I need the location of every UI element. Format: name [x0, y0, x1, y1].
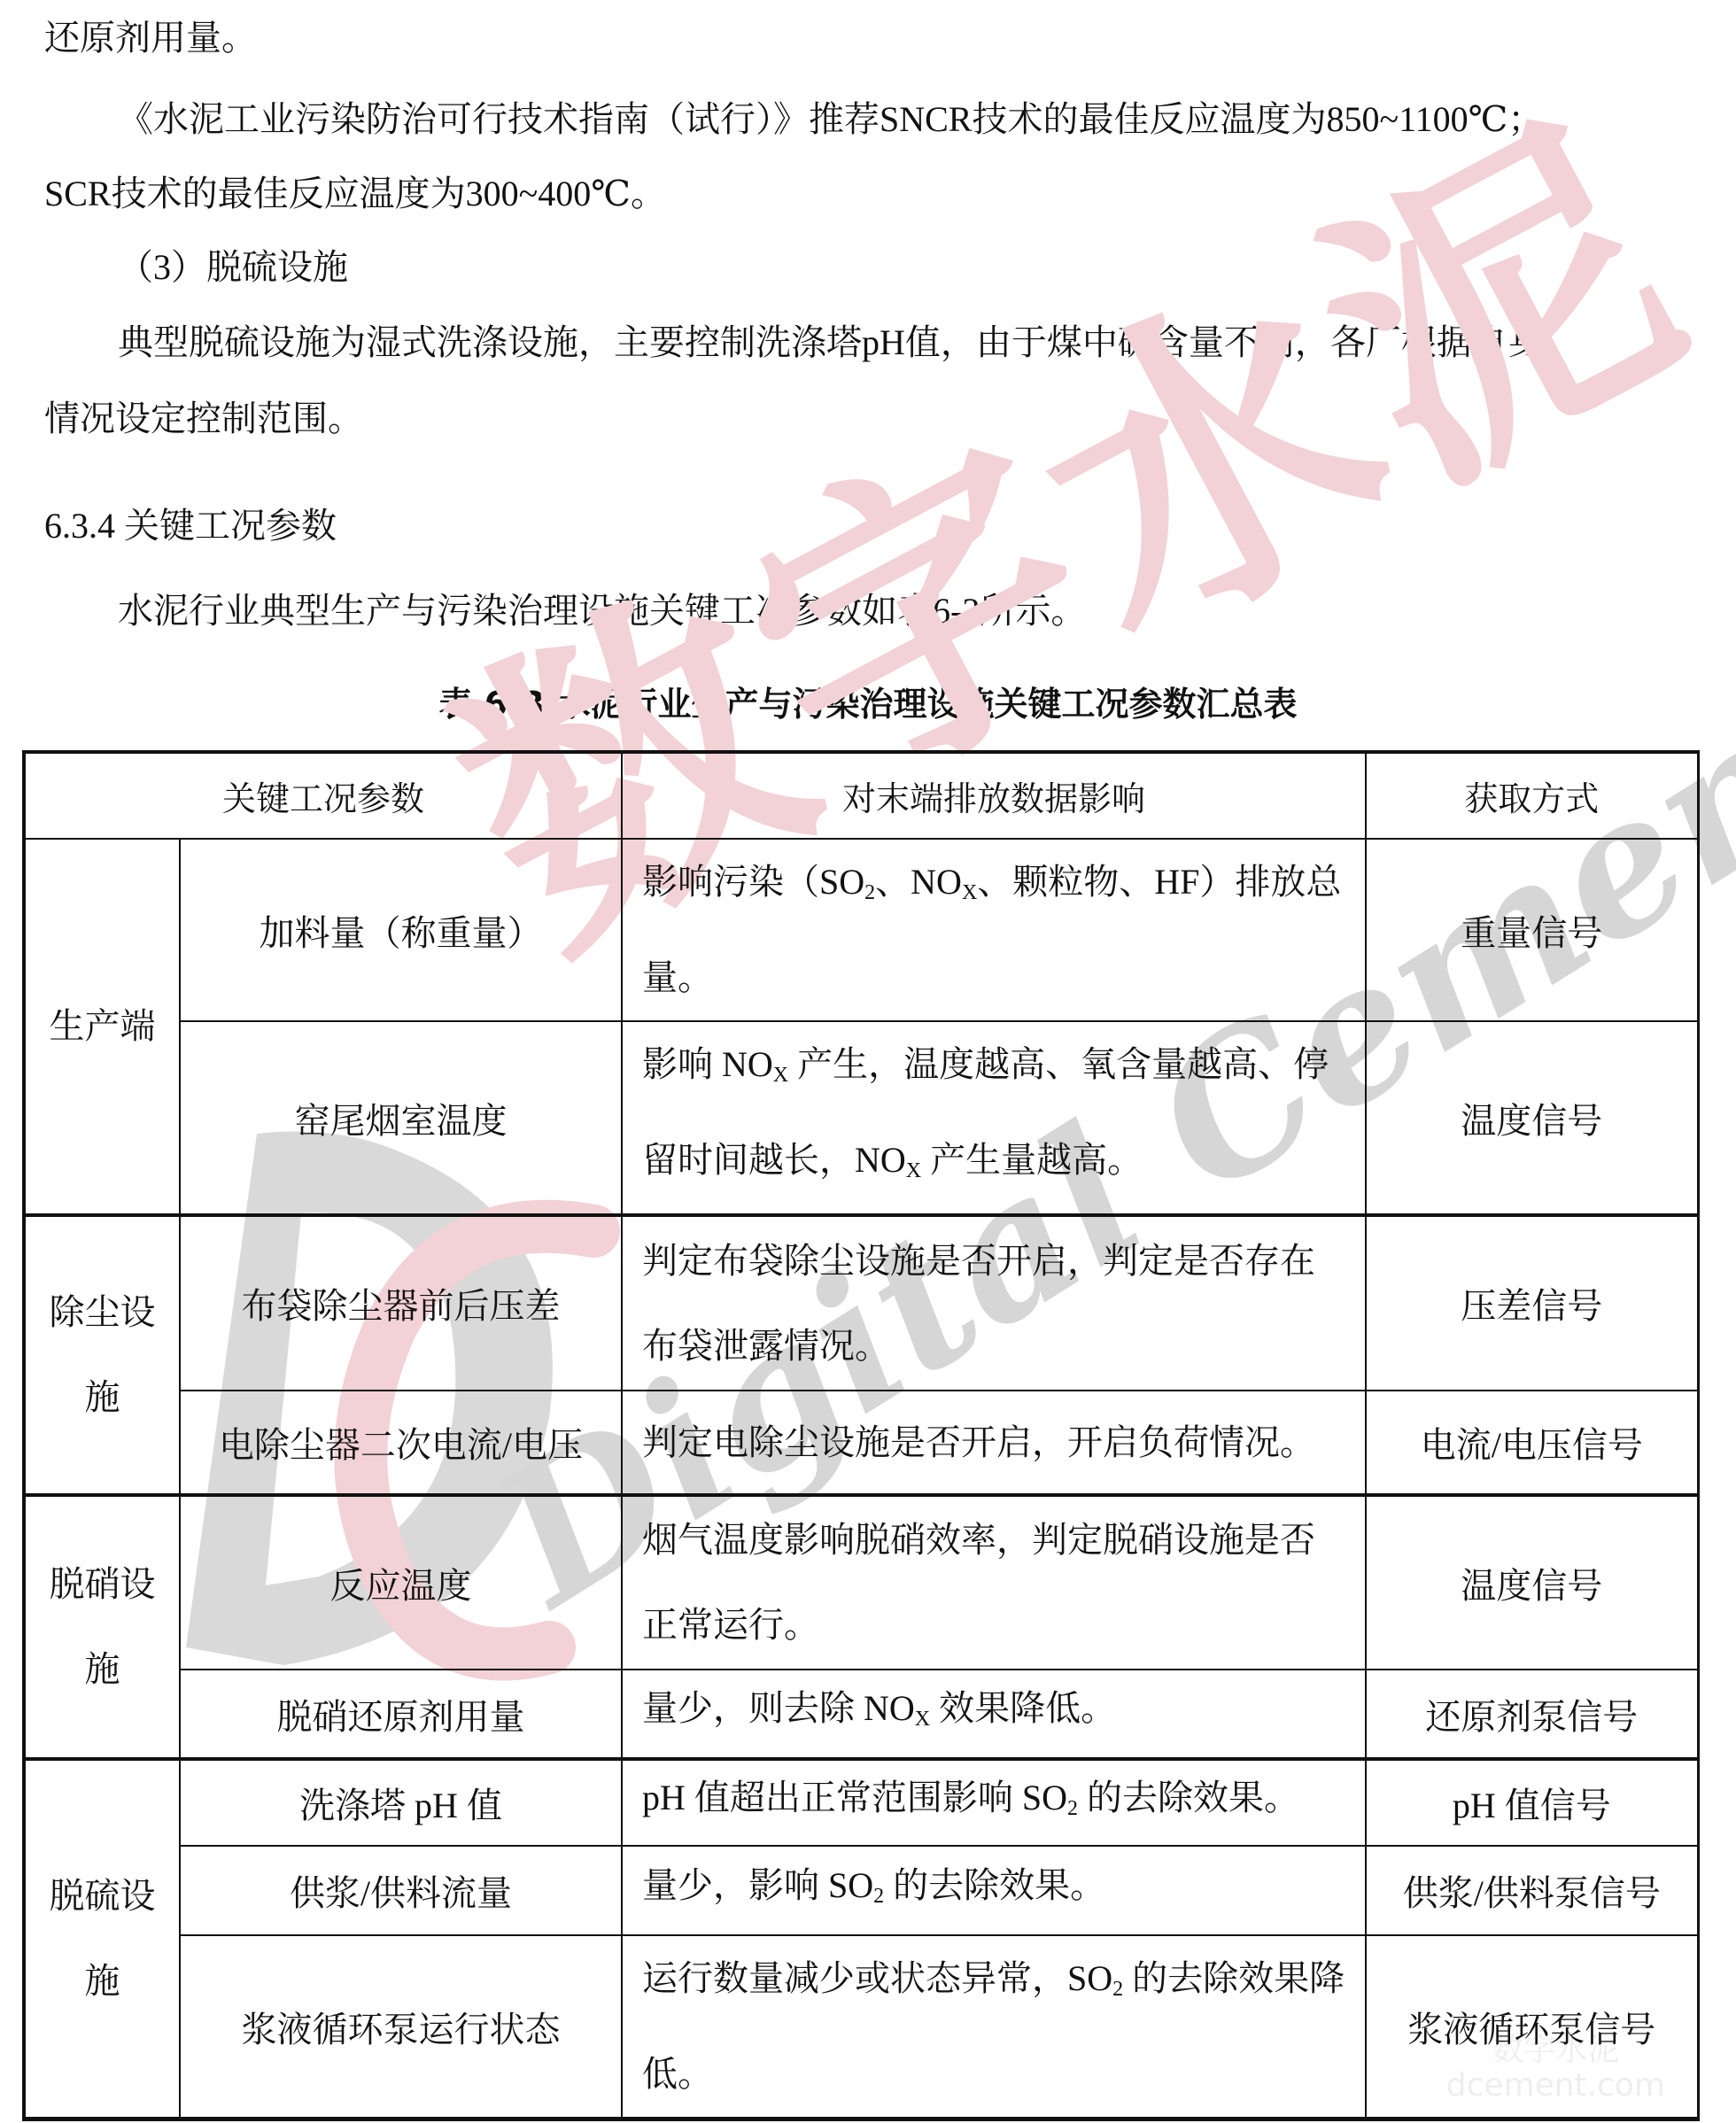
param-cell: 洗涤塔 pH 值 [180, 1759, 622, 1846]
impact-cell: 量少，影响 SO2 的去除效果。 [622, 1846, 1366, 1935]
table-row: 生产端 加料量（称重量） 影响污染（SO2、NOX、颗粒物、HF）排放总量。 重… [24, 839, 1698, 1021]
param-cell: 脱硝还原剂用量 [180, 1670, 622, 1759]
param-cell: 供浆/供料流量 [180, 1846, 622, 1935]
table-row: 浆液循环泵运行状态 运行数量减少或状态异常，SO2 的去除效果降低。 浆液循环泵… [24, 1935, 1698, 2119]
method-cell: 压差信号 [1366, 1215, 1698, 1391]
param-cell: 布袋除尘器前后压差 [180, 1215, 622, 1391]
group-label: 除尘设施 [24, 1215, 180, 1495]
paragraph-line: 还原剂用量。 [44, 16, 257, 60]
table-row: 脱硝还原剂用量 量少，则去除 NOX 效果降低。 还原剂泵信号 [24, 1670, 1698, 1759]
method-cell: 浆液循环泵信号 [1366, 1935, 1698, 2119]
impact-cell: 运行数量减少或状态异常，SO2 的去除效果降低。 [622, 1935, 1366, 2119]
impact-cell: pH 值超出正常范围影响 SO2 的去除效果。 [622, 1759, 1366, 1846]
method-cell: 重量信号 [1366, 839, 1698, 1021]
paragraph-line: SCR技术的最佳反应温度为300~400℃。 [44, 172, 666, 216]
method-cell: 还原剂泵信号 [1366, 1670, 1698, 1759]
param-cell: 窑尾烟室温度 [180, 1021, 622, 1215]
key-parameters-table: 关键工况参数 对末端排放数据影响 获取方式 生产端 加料量（称重量） 影响污染（… [22, 750, 1700, 2121]
paragraph-line: 水泥行业典型生产与污染治理设施关键工况参数如表6-3所示。 [118, 589, 1086, 633]
group-label: 脱硝设施 [24, 1495, 180, 1759]
impact-cell: 判定布袋除尘设施是否开启，判定是否存在布袋泄露情况。 [622, 1215, 1366, 1391]
impact-cell: 量少，则去除 NOX 效果降低。 [622, 1670, 1366, 1759]
method-cell: 温度信号 [1366, 1495, 1698, 1670]
table-row: 供浆/供料流量 量少，影响 SO2 的去除效果。 供浆/供料泵信号 [24, 1846, 1698, 1935]
method-cell: 温度信号 [1366, 1021, 1698, 1215]
table-row: 脱硝设施 反应温度 烟气温度影响脱硝效率，判定脱硝设施是否正常运行。 温度信号 [24, 1495, 1698, 1670]
method-cell: 电流/电压信号 [1366, 1391, 1698, 1495]
subheading: （3）脱硫设施 [118, 245, 348, 290]
paragraph-line: 典型脱硫设施为湿式洗涤设施，主要控制洗涤塔pH值，由于煤中硫含量不同，各厂根据自… [118, 321, 1543, 365]
group-label: 生产端 [24, 839, 180, 1215]
header-key-parameter: 关键工况参数 [24, 752, 622, 839]
impact-cell: 影响污染（SO2、NOX、颗粒物、HF）排放总量。 [622, 839, 1366, 1021]
impact-cell: 影响 NOX 产生，温度越高、氧含量越高、停留时间越长，NOX 产生量越高。 [622, 1021, 1366, 1215]
table-row: 窑尾烟室温度 影响 NOX 产生，温度越高、氧含量越高、停留时间越长，NOX 产… [24, 1021, 1698, 1215]
table-row: 除尘设施 布袋除尘器前后压差 判定布袋除尘设施是否开启，判定是否存在布袋泄露情况… [24, 1215, 1698, 1391]
group-label: 脱硫设施 [24, 1759, 180, 2119]
param-cell: 加料量（称重量） [180, 839, 622, 1021]
header-impact: 对末端排放数据影响 [622, 752, 1366, 839]
impact-cell: 烟气温度影响脱硝效率，判定脱硝设施是否正常运行。 [622, 1495, 1366, 1670]
method-cell: pH 值信号 [1366, 1759, 1698, 1846]
param-cell: 浆液循环泵运行状态 [180, 1935, 622, 2119]
method-cell: 供浆/供料泵信号 [1366, 1846, 1698, 1935]
table-row: 电除尘器二次电流/电压 判定电除尘设施是否开启，开启负荷情况。 电流/电压信号 [24, 1391, 1698, 1495]
table-caption: 表 6-3 水泥行业生产与污染治理设施关键工况参数汇总表 [0, 682, 1736, 726]
header-method: 获取方式 [1366, 752, 1698, 839]
table-row: 脱硫设施 洗涤塔 pH 值 pH 值超出正常范围影响 SO2 的去除效果。 pH… [24, 1759, 1698, 1846]
table-header-row: 关键工况参数 对末端排放数据影响 获取方式 [24, 752, 1698, 839]
param-cell: 反应温度 [180, 1495, 622, 1670]
param-cell: 电除尘器二次电流/电压 [180, 1391, 622, 1495]
impact-cell: 判定电除尘设施是否开启，开启负荷情况。 [622, 1391, 1366, 1495]
section-heading: 6.3.4 关键工况参数 [44, 504, 337, 548]
paragraph-line: 情况设定控制范围。 [44, 397, 363, 441]
paragraph-line: 《水泥工业污染防治可行技术指南（试行）》推荐SNCR技术的最佳反应温度为850~… [118, 97, 1543, 142]
